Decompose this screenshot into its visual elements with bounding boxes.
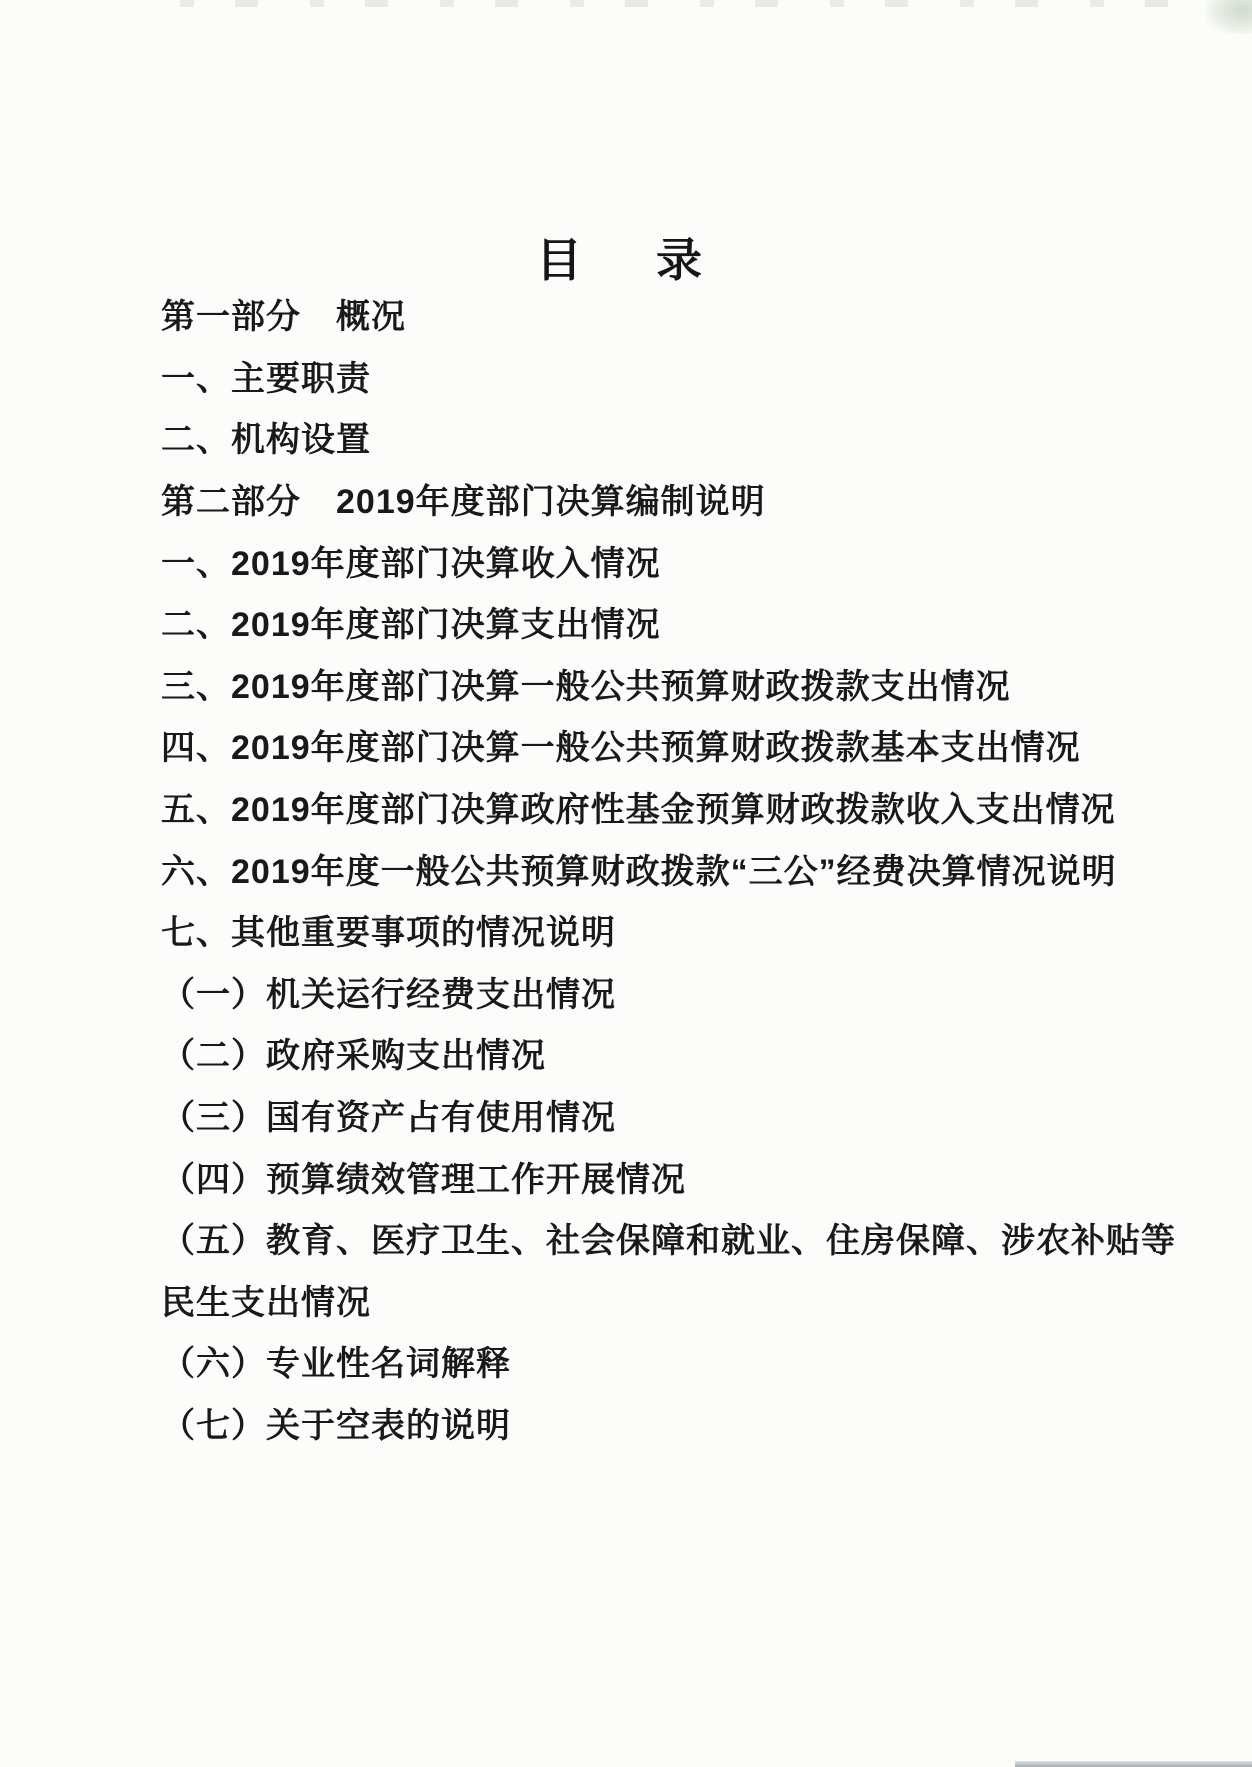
page-title: 目 录 (0, 224, 1252, 290)
toc-entry: 五、2019年度部门决算政府性基金预算财政拨款收入支出情况 (161, 776, 1171, 838)
scanned-document-page: 目 录 第一部分 概况一、主要职责二、机构设置第二部分 2019年度部门决算编制… (0, 0, 1252, 1767)
toc-entry: 民生支出情况 (161, 1269, 1171, 1331)
toc-entry: （四）预算绩效管理工作开展情况 (161, 1145, 1171, 1207)
toc-entry: （一）机关运行经费支出情况 (161, 961, 1171, 1023)
toc-entry: （二）政府采购支出情况 (161, 1022, 1171, 1084)
toc-entry: （三）国有资产占有使用情况 (161, 1084, 1171, 1146)
toc-entry: 二、机构设置 (161, 406, 1171, 468)
toc-entry: 一、2019年度部门决算收入情况 (161, 529, 1171, 591)
toc-entry: 第二部分 2019年度部门决算编制说明 (161, 468, 1171, 530)
table-of-contents: 第一部分 概况一、主要职责二、机构设置第二部分 2019年度部门决算编制说明一、… (161, 283, 1171, 1453)
toc-entry: 四、2019年度部门决算一般公共预算财政拨款基本支出情况 (161, 714, 1171, 776)
toc-entry: 七、其他重要事项的情况说明 (161, 899, 1171, 961)
toc-entry: （五）教育、医疗卫生、社会保障和就业、住房保障、涉农补贴等 (161, 1207, 1171, 1269)
scan-noise-bottom-right (1015, 1761, 1252, 1767)
toc-entry: （六）专业性名词解释 (161, 1330, 1171, 1392)
toc-entry: 三、2019年度部门决算一般公共预算财政拨款支出情况 (161, 653, 1171, 715)
toc-entry: 二、2019年度部门决算支出情况 (161, 591, 1171, 653)
toc-entry: （七）关于空表的说明 (161, 1392, 1171, 1454)
scan-noise-top (180, 0, 1170, 7)
toc-entry: 六、2019年度一般公共预算财政拨款“三公”经费决算情况说明 (161, 837, 1171, 899)
scan-smudge-top-right (1206, 0, 1252, 34)
toc-entry: 第一部分 概况 (161, 283, 1171, 345)
toc-entry: 一、主要职责 (161, 345, 1171, 407)
